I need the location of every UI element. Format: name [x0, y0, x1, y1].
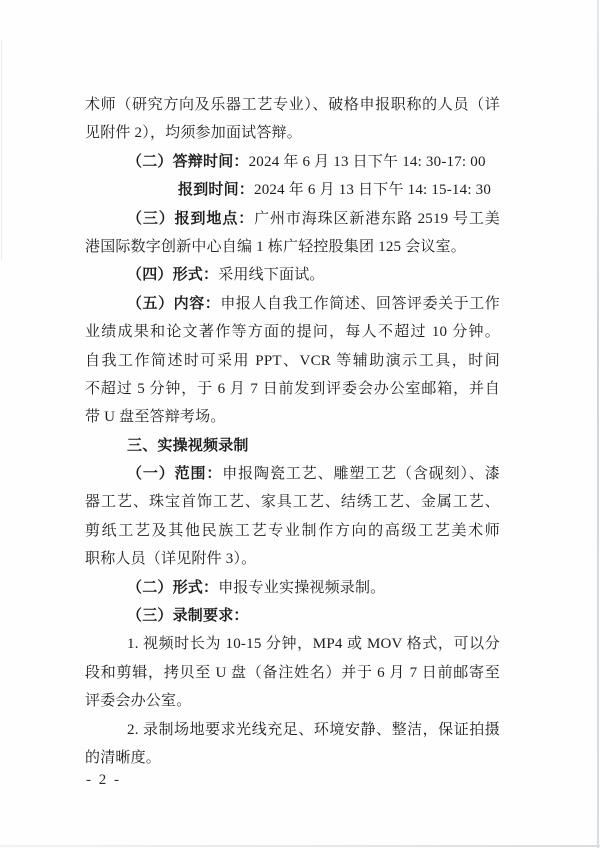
- body-text: 剪纸工艺及其他民族工艺专业制作方向的高级工艺美术师: [85, 523, 500, 539]
- text-line: 职称人员（详见附件 3）。: [85, 545, 500, 573]
- body-text: 广州市海珠区新港东路 2519 号工美: [254, 211, 500, 227]
- body-text: 2024 年 6 月 13 日下午 14: 15-14: 30: [254, 182, 491, 198]
- text-line: （四）形式：采用线下面试。: [85, 261, 500, 289]
- text-line: 评委会办公室。: [85, 687, 500, 715]
- page-number: - 2 -: [86, 768, 121, 792]
- body-text: 评委会办公室。: [85, 693, 191, 709]
- document-body: 术师（研究方向及乐器工艺专业）、破格申报职称的人员（详见附件 2），均须参加面试…: [85, 91, 500, 772]
- text-line: 见附件 2），均须参加面试答辩。: [85, 119, 500, 147]
- text-line: 自我工作简述时可采用 PPT、VCR 等辅助演示工具，时间: [85, 347, 500, 375]
- text-line: 港国际数字创新中心自编 1 栋广轻控股集团 125 会议室。: [85, 233, 500, 261]
- bold-label-text: （三）报到地点：: [127, 211, 254, 227]
- body-text: 见附件 2），均须参加面试答辩。: [85, 125, 302, 141]
- body-text: 1. 视频时长为 10-15 分钟，MP4 或 MOV 格式，可以分: [127, 636, 500, 652]
- body-text: 不超过 5 分钟，于 6 月 7 日前发到评委会办公室邮箱，并自: [85, 381, 500, 397]
- body-text: 术师（研究方向及乐器工艺专业）、破格申报职称的人员（详: [85, 97, 500, 113]
- bold-label-text: （四）形式：: [127, 267, 218, 283]
- text-line: 带 U 盘至答辩考场。: [85, 403, 500, 431]
- bold-label-text: （二）形式：: [127, 580, 218, 596]
- bold-label-text: 三、实操视频录制: [127, 438, 249, 454]
- text-line: 2. 录制场地要求光线充足、环境安静、整洁，保证拍摄: [85, 716, 500, 744]
- text-line: 的清晰度。: [85, 744, 500, 772]
- body-text: 职称人员（详见附件 3）。: [85, 551, 256, 567]
- body-text: 采用线下面试。: [218, 267, 324, 283]
- body-text: 器工艺、珠宝首饰工艺、家具工艺、结绣工艺、金属工艺、: [85, 494, 500, 510]
- body-text: 段和剪辑，拷贝至 U 盘（备注姓名）并于 6 月 7 日前邮寄至: [85, 665, 500, 681]
- body-text: 申报陶瓷工艺、雕塑工艺（含砚刻）、漆: [222, 466, 500, 482]
- text-line: 三、实操视频录制: [85, 432, 500, 460]
- text-line: （三）录制要求：: [85, 602, 500, 630]
- text-line: 器工艺、珠宝首饰工艺、家具工艺、结绣工艺、金属工艺、: [85, 488, 500, 516]
- text-line: 段和剪辑，拷贝至 U 盘（备注姓名）并于 6 月 7 日前邮寄至: [85, 659, 500, 687]
- body-text: 申报专业实操视频录制。: [218, 580, 385, 596]
- bold-label-text: 报到时间：: [178, 182, 254, 198]
- text-line: 业绩成果和论文著作等方面的提问，每人不超过 10 分钟。: [85, 318, 500, 346]
- body-text: 2. 录制场地要求光线充足、环境安静、整洁，保证拍摄: [127, 722, 500, 738]
- body-text: 申报人自我工作简述、回答评委关于工作: [220, 296, 500, 312]
- text-line: 1. 视频时长为 10-15 分钟，MP4 或 MOV 格式，可以分: [85, 630, 500, 658]
- body-text: 港国际数字创新中心自编 1 栋广轻控股集团 125 会议室。: [85, 239, 466, 255]
- text-line: （三）报到地点：广州市海珠区新港东路 2519 号工美: [85, 205, 500, 233]
- scan-edge-right: [597, 0, 599, 848]
- body-text: 带 U 盘至答辩考场。: [85, 409, 226, 425]
- text-line: 术师（研究方向及乐器工艺专业）、破格申报职称的人员（详: [85, 91, 500, 119]
- text-line: （五）内容：申报人自我工作简述、回答评委关于工作: [85, 290, 500, 318]
- bold-label-text: （五）内容：: [127, 296, 220, 312]
- body-text: 2024 年 6 月 13 日下午 14: 30-17: 00: [249, 154, 486, 170]
- bold-label-text: （二）答辩时间：: [127, 154, 249, 170]
- text-line: （二）答辩时间：2024 年 6 月 13 日下午 14: 30-17: 00: [85, 148, 500, 176]
- scan-edge-bottom: [0, 845, 600, 847]
- text-line: （二）形式：申报专业实操视频录制。: [85, 574, 500, 602]
- bold-label-text: （一）范围：: [127, 466, 222, 482]
- scan-edge-left: [1, 40, 2, 260]
- text-line: 报到时间：2024 年 6 月 13 日下午 14: 15-14: 30: [85, 176, 500, 204]
- document-page: 术师（研究方向及乐器工艺专业）、破格申报职称的人员（详见附件 2），均须参加面试…: [0, 0, 600, 848]
- body-text: 业绩成果和论文著作等方面的提问，每人不超过 10 分钟。: [85, 324, 500, 340]
- text-line: 剪纸工艺及其他民族工艺专业制作方向的高级工艺美术师: [85, 517, 500, 545]
- text-line: 不超过 5 分钟，于 6 月 7 日前发到评委会办公室邮箱，并自: [85, 375, 500, 403]
- body-text: 自我工作简述时可采用 PPT、VCR 等辅助演示工具，时间: [85, 353, 500, 369]
- bold-label-text: （三）录制要求：: [127, 608, 249, 624]
- body-text: 的清晰度。: [85, 750, 161, 766]
- text-line: （一）范围：申报陶瓷工艺、雕塑工艺（含砚刻）、漆: [85, 460, 500, 488]
